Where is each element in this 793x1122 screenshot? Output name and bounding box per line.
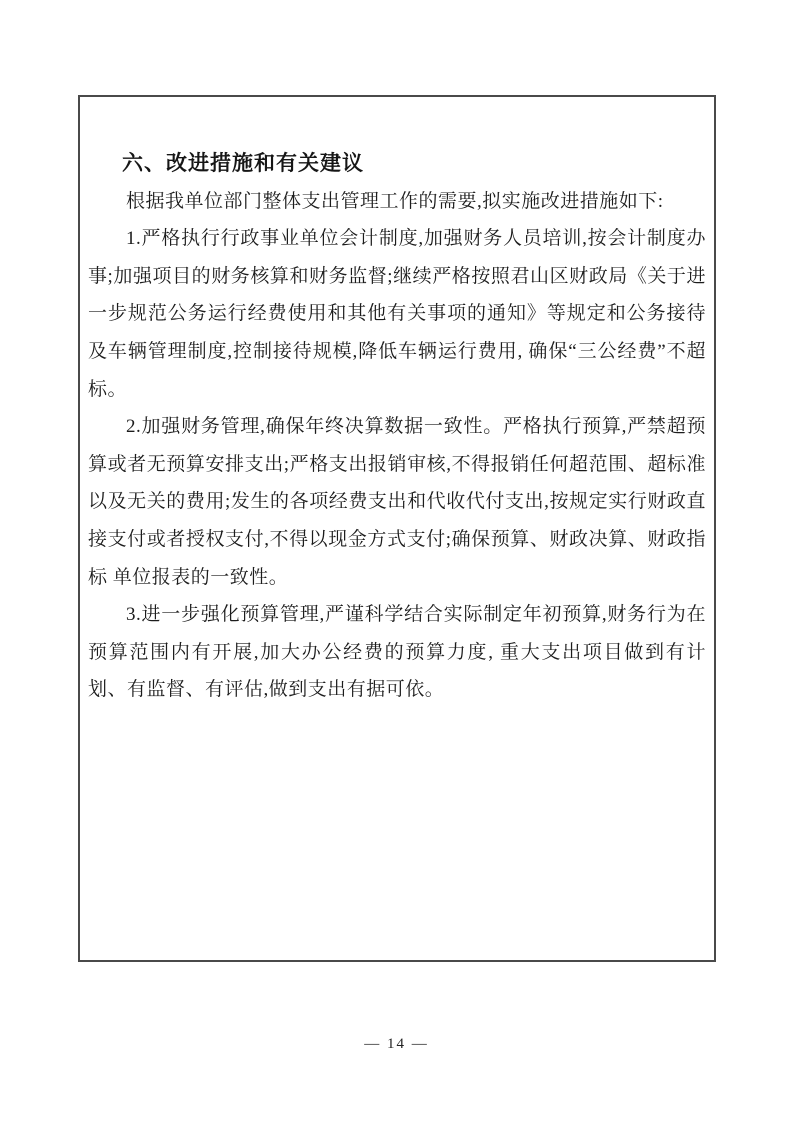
document-page: 六、改进措施和有关建议 根据我单位部门整体支出管理工作的需要,拟实施改进措施如下…	[0, 0, 793, 1122]
paragraph-item-3: 3.进一步强化预算管理,严谨科学结合实际制定年初预算,财务行为在预算范围内有开展…	[88, 596, 706, 709]
paragraph-item-2: 2.加强财务管理,确保年终决算数据一致性。严格执行预算,严禁超预算或者无预算安排…	[88, 408, 706, 596]
page-number: — 14 —	[0, 1036, 793, 1053]
section-heading: 六、改进措施和有关建议	[88, 145, 706, 183]
paragraph-item-1: 1.严格执行行政事业单位会计制度,加强财务人员培训,按会计制度办事;加强项目的财…	[88, 220, 706, 408]
document-border-box: 六、改进措施和有关建议 根据我单位部门整体支出管理工作的需要,拟实施改进措施如下…	[78, 95, 716, 962]
paragraph-intro: 根据我单位部门整体支出管理工作的需要,拟实施改进措施如下:	[88, 183, 706, 221]
